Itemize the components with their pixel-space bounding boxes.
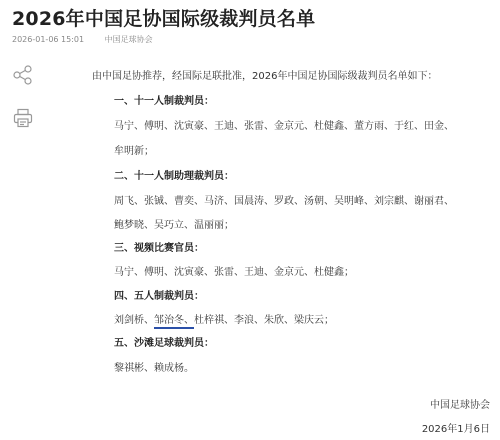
section-heading-4: 四、五人制裁判员： [114,290,204,304]
name-list: 刘剑桥、邹治冬、杜梓祺、李浪、朱欣、梁庆云； [114,314,334,328]
name-text: 刘剑桥、 [114,315,154,326]
highlighted-name[interactable]: 邹治冬、 [154,315,194,329]
article-source: 中国足球协会 [105,35,153,44]
article-meta: 2026-01-06 15:01 中国足球协会 [12,34,171,45]
signature-org: 中国足球协会 [430,396,490,411]
name-text: 杜梓祺、李浪、朱欣、梁庆云； [194,315,334,326]
share-icon [12,64,34,86]
signature-date: 2026年1月6日 [422,420,490,435]
section-heading-3: 三、视频比赛官员： [114,242,204,256]
page-title: 2026年中国足协国际级裁判员名单 [12,4,315,31]
name-list: 牟明新； [114,145,154,159]
printer-icon [12,107,34,129]
name-list: 马宁、傅明、沈寅豪、王迪、张雷、金京元、杜健鑫、董方雨、于红、田金、 [114,120,454,134]
name-list: 黎祺彬、赖成杨。 [114,362,194,376]
section-heading-2: 二、十一人制助理裁判员： [114,170,234,184]
intro-paragraph: 由中国足协推荐，经国际足联批准，2026年中国足协国际级裁判员名单如下： [92,70,437,84]
share-button[interactable] [12,64,34,86]
section-heading-5: 五、沙滩足球裁判员： [114,337,214,351]
name-list: 周飞、张铖、曹奕、马济、国晨涛、罗政、汤朝、吴明峰、刘宗麒、谢丽君、 [114,195,454,209]
section-heading-1: 一、十一人制裁判员： [114,95,214,109]
name-list: 马宁、傅明、沈寅豪、张雷、王迪、金京元、杜健鑫； [114,266,354,280]
publish-date: 2026-01-06 15:01 [12,35,84,44]
print-button[interactable] [12,107,34,129]
name-list: 鲍梦晓、吴巧立、温丽丽； [114,219,234,233]
